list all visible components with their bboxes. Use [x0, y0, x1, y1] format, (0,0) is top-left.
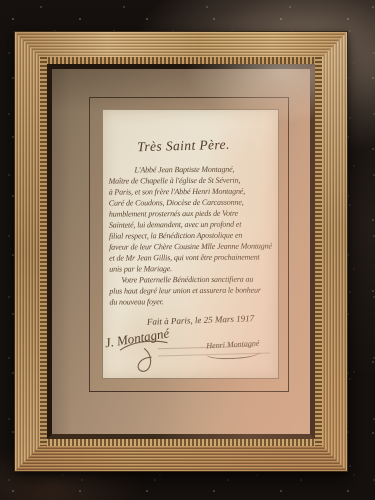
frame-ribbed-band-bottom — [15, 446, 347, 471]
letter-title: Très Saint Père. — [103, 136, 264, 156]
faint-pencil-annotation — [158, 347, 278, 355]
letter-body: L'Abbé Jean Baptiste Montagné, Maître de… — [109, 163, 277, 307]
frame-bead-trim-right — [315, 57, 322, 446]
photo-of-framed-letter: Très Saint Père. L'Abbé Jean Baptiste Mo… — [0, 0, 375, 500]
frame-ribbed-band-left — [15, 32, 40, 471]
letter-date-line: Fait à Paris, le 25 Mars 1917 — [133, 313, 268, 328]
letter-line: et de Mr Jean Gillis, qui vont être proc… — [109, 251, 276, 263]
signature-flourish-icon — [115, 334, 177, 382]
frame-bead-trim-left — [40, 57, 47, 446]
frame-ribbed-band-top — [15, 32, 347, 57]
frame-ribbed-band-right — [322, 32, 347, 471]
faint-pencil-line — [158, 346, 254, 350]
handwritten-letter-paper: Très Saint Père. L'Abbé Jean Baptiste Mo… — [102, 109, 279, 379]
frame-bead-trim-top — [40, 57, 322, 64]
letter-line: du nouveau foyer. — [109, 295, 276, 307]
frame-bead-trim-bottom — [40, 439, 322, 446]
letter-line: plus haut degré leur union et assurera l… — [109, 284, 276, 296]
gilded-picture-frame: Très Saint Père. L'Abbé Jean Baptiste Mo… — [14, 31, 348, 472]
